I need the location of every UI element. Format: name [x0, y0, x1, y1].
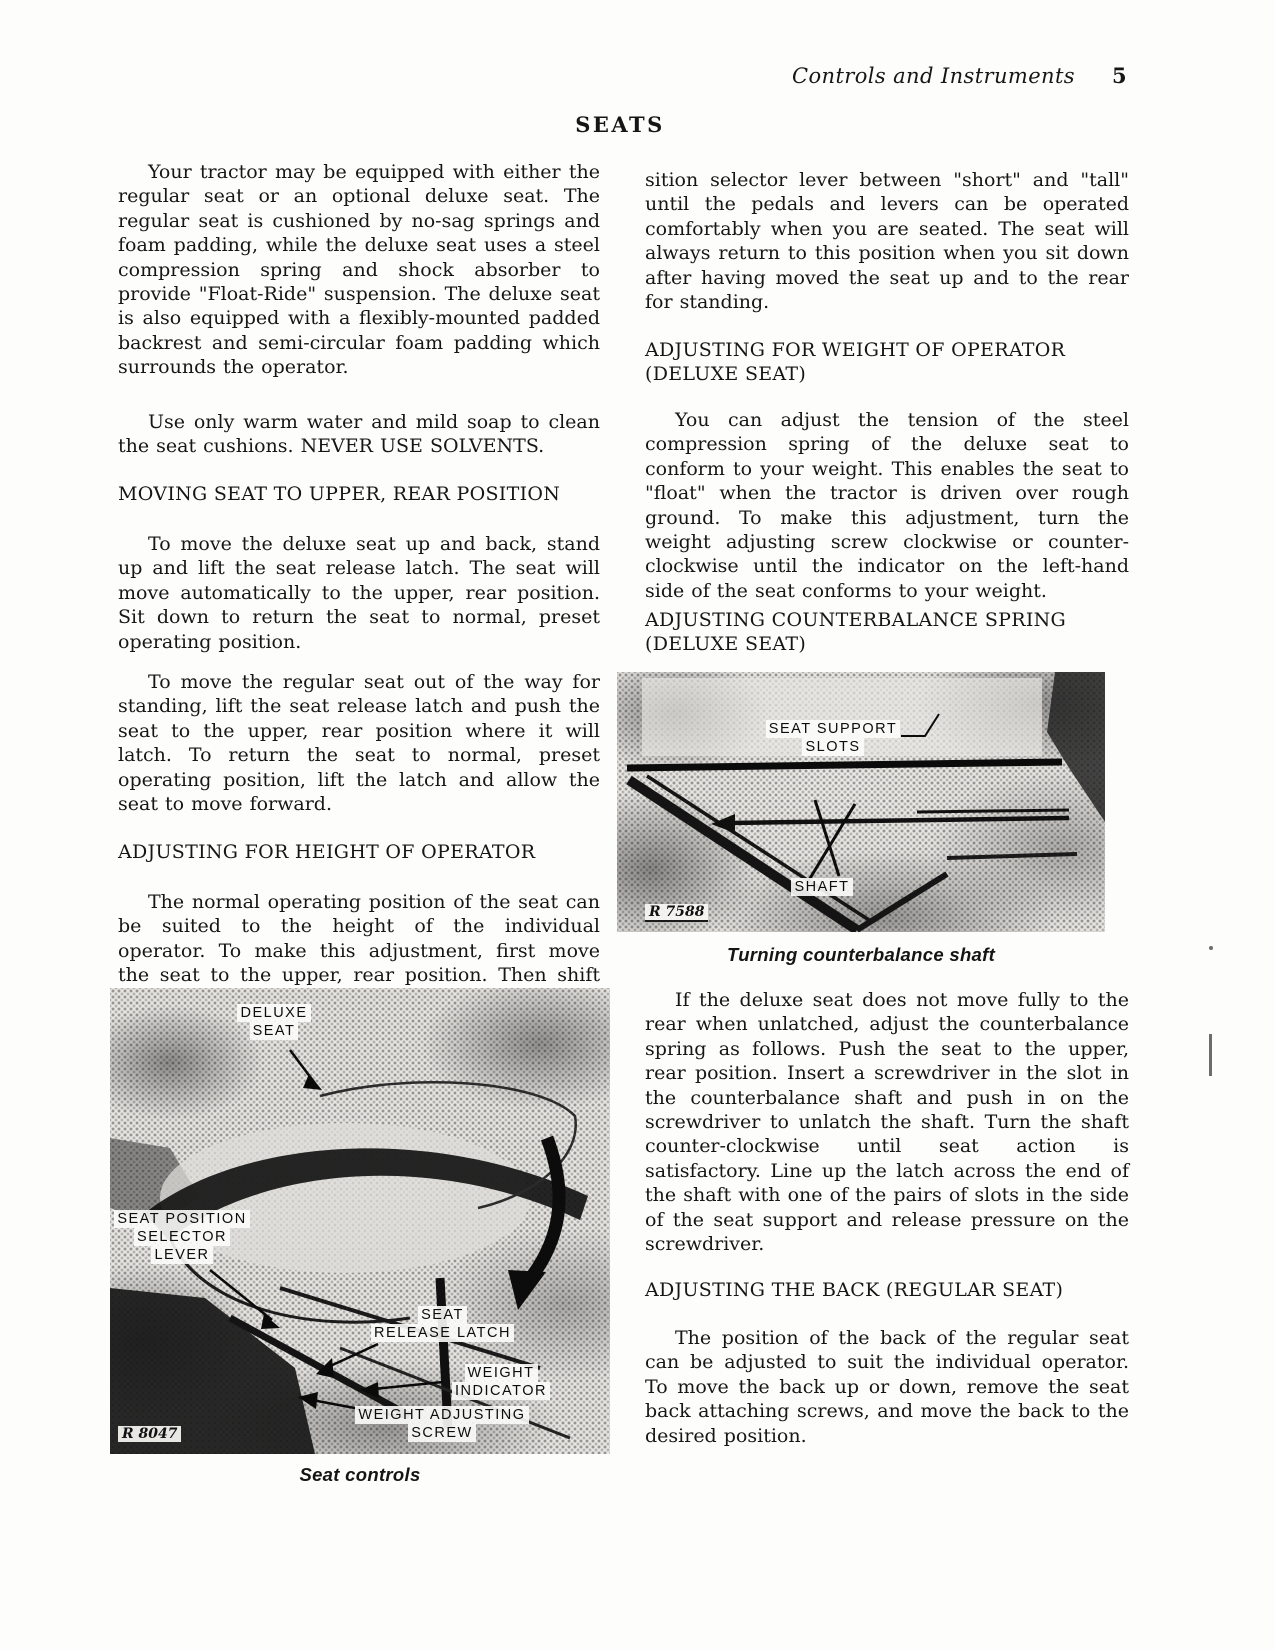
left-column: Your tractor may be equipped with either…: [118, 0, 600, 1650]
figure-label-seat-release-latch: SEAT RELEASE LATCH: [360, 1306, 525, 1342]
figure-label-shaft: SHAFT: [785, 878, 859, 896]
right-column: sition selector lever between "short" an…: [645, 0, 1129, 1650]
photo-id-r7588: R 7588: [645, 904, 708, 922]
paragraph-regular-move: To move the regular seat out of the way …: [118, 670, 600, 816]
scan-artifact-dot: [1209, 946, 1213, 950]
paragraph-weight-adjust: You can adjust the tension of the steel …: [645, 408, 1129, 603]
figure-label-seat-position-selector-lever: SEAT POSITION SELECTOR LEVER: [112, 1210, 252, 1264]
figure-seat-controls-photo: DELUXE SEAT SEAT POSITION SELECTOR LEVER…: [110, 988, 610, 1454]
paragraph-intro: Your tractor may be equipped with either…: [118, 160, 600, 380]
caption-counterbalance: Turning counterbalance shaft: [617, 944, 1105, 966]
figure-counterbalance-photo: SEAT SUPPORT SLOTS SHAFT R 7588: [617, 672, 1105, 932]
paragraph-back-adjust: The position of the back of the regular …: [645, 1326, 1129, 1448]
figure-label-weight-adjusting-screw: WEIGHT ADJUSTING SCREW: [338, 1406, 546, 1442]
counterbalance-illustration: [617, 672, 1105, 932]
figure-label-weight-indicator: WEIGHT INDICATOR: [445, 1364, 557, 1400]
paragraph-counterbalance-adjust: If the deluxe seat does not move fully t…: [645, 988, 1129, 1256]
heading-counterbalance: ADJUSTING COUNTERBALANCE SPRING (DELUXE …: [645, 608, 1129, 657]
figure-label-deluxe-seat: DELUXE SEAT: [228, 1004, 320, 1040]
heading-moving-seat: MOVING SEAT TO UPPER, REAR POSITION: [118, 482, 600, 506]
caption-seat-controls: Seat controls: [110, 1464, 610, 1486]
figure-label-seat-support-slots: SEAT SUPPORT SLOTS: [763, 720, 903, 756]
scan-artifact-dash: [1209, 1034, 1212, 1076]
paragraph-position-selector: sition selector lever between "short" an…: [645, 168, 1129, 314]
heading-adjusting-back: ADJUSTING THE BACK (REGULAR SEAT): [645, 1278, 1129, 1302]
photo-id-r8047: R 8047: [118, 1426, 181, 1442]
paragraph-cleaning: Use only warm water and mild soap to cle…: [118, 410, 600, 459]
heading-adjusting-weight: ADJUSTING FOR WEIGHT OF OPERATOR (DELUXE…: [645, 338, 1129, 387]
manual-page: Controls and Instruments 5 SEATS Your tr…: [0, 0, 1275, 1650]
paragraph-deluxe-move: To move the deluxe seat up and back, sta…: [118, 532, 600, 654]
heading-adjusting-height: ADJUSTING FOR HEIGHT OF OPERATOR: [118, 840, 600, 864]
